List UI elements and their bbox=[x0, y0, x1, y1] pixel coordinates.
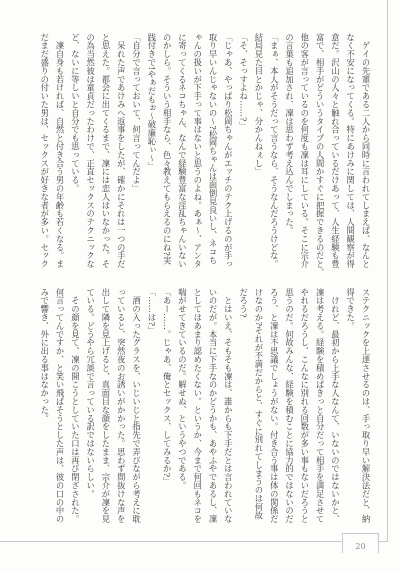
text-column: だろう? bbox=[235, 288, 250, 528]
text-block-top: ゲイの先輩である二人から同時に言われてしまえば、なんと なく不安になってくる。特… bbox=[33, 33, 373, 273]
text-column: の為当然彼は童貞だったわけで、正直セックスのテクニックな bbox=[82, 33, 97, 273]
text-column: なく不安になってくる。特にあけみに関しては、人間観察が得 bbox=[342, 33, 357, 273]
text-column: に寄ってくるネコちゃん、なんで経験豊富な淫乱ちゃんいない bbox=[174, 33, 189, 273]
text-column: 「そ、そっすよね……?」 bbox=[235, 33, 250, 273]
text-column: 結局見た目とかじゃ、分かんねぇし」 bbox=[251, 33, 266, 273]
text-column: 「……は?」 bbox=[144, 288, 159, 528]
text-column: ゲイの先輩である二人から同時に言われてしまえば、なんと bbox=[358, 33, 373, 273]
text-column: としてはあまり認めたくない。というか、今まで何回もネコを bbox=[189, 288, 204, 528]
text-column: だまだ盛りの付いた男は、セックスが好きな者が多い。セック bbox=[36, 33, 51, 273]
text-column: 「自分で言っておいて、何言ってんだよ」 bbox=[128, 33, 143, 273]
book-page: ゲイの先輩である二人から同時に言われてしまえば、なんと なく不安になってくる。特… bbox=[0, 0, 400, 571]
text-column: 践付きで!やぁだもぉ〜破廉恥ぃ〜」 bbox=[144, 33, 159, 273]
text-column: と思えた。都会に出てくるまで、凜には恋人はいなかった。そ bbox=[98, 33, 113, 273]
text-column: 「あー……。じゃあ、俺とセックス、してみるか?」 bbox=[159, 288, 174, 528]
page-number-tab: 20 bbox=[342, 533, 379, 553]
text-column: その顔を見て、凜の開こうとしていた口は再び閉ざされた。 bbox=[67, 288, 82, 528]
text-column: 思うのだ。何故みんな、経験を積むことに協力的ではないのだ bbox=[281, 288, 296, 528]
text-column: 凜は考える。経験を積めばきっと自分だって相手を満足させて bbox=[312, 288, 327, 528]
text-column: いのだが。本当に下手なのかどうかも、あやふやであるし、凜 bbox=[205, 288, 220, 528]
page-border-bottom bbox=[0, 541, 388, 542]
text-column: っていると、突然夜のお誘いがかかった。思わず間抜けな声を bbox=[113, 288, 128, 528]
text-column: とはいえ、そもそも凜は、誰からも下手だとは言われていな bbox=[220, 288, 235, 528]
text-column: の言葉も追加され、凜は思わず考え込んでしまった。 bbox=[281, 33, 296, 273]
text-column: 「まぁ、本人がそうだって言うなら、そうなんだろうけどな。 bbox=[266, 33, 281, 273]
text-column: ろう、と凜は不思議でしょうがない。付き合う事は体の関係だ bbox=[266, 288, 281, 528]
page-number: 20 bbox=[355, 543, 365, 551]
text-column: 得できた。 bbox=[342, 288, 357, 528]
text-column: 取り早いんじゃないの〜?松岡ちゃんは面倒見良いし、ネコち bbox=[205, 33, 220, 273]
text-column: 富で、相手がどういうタイプの人間かすぐに把握できるのだと、 bbox=[312, 33, 327, 273]
text-column: けなのか?それが不満だからと、すぐに別れてしまうのは何故 bbox=[251, 288, 266, 528]
text-column: ステクニックを上達させるのは、手っ取り早い解決法だと、納 bbox=[358, 288, 373, 528]
text-column: 何言ってんですか、と笑い飛ばそうとした声は、彼の口の中の bbox=[52, 288, 67, 528]
text-column: 喘がせてきているのだ。解せぬ、というやつである。 bbox=[174, 288, 189, 528]
text-column: やれるだろうし、こんなに別れる回数が多い事もないだろうと bbox=[297, 288, 312, 528]
text-column: みで響き、外に出る事はなかった。 bbox=[36, 288, 51, 528]
text-column: 出して隣を見上げると、真面目な顔をしたまま、宗介が凜を見 bbox=[98, 288, 113, 528]
text-column: ゃんの扱いが下手って事はないと思うのよね。あぁ〜、アンタ bbox=[189, 33, 204, 273]
text-column: 他の客が言っているのを何度も凜は耳にしている。そこに宗介 bbox=[297, 33, 312, 273]
page-border-right bbox=[387, 0, 388, 542]
text-column: 凜自身も若ければ、自然と付き合う男の年齢も若くなる。ま bbox=[52, 33, 67, 273]
text-column: 呆れた声であけみへ返事をしたが、確かにそれは一つの手だ bbox=[113, 33, 128, 273]
text-block-bottom: ステクニックを上達させるのは、手っ取り早い解決法だと、納 得できた。 けれど、最… bbox=[33, 288, 373, 528]
text-column: ている。どうやら冗談で言っている訳ではないらしい。 bbox=[82, 288, 97, 528]
text-column: 「じゃあ、やっぱり松岡ちゃんがエッチのテク上げるのが手っ bbox=[220, 33, 235, 273]
text-column: ど、ないに等しいと自分でも思っている。 bbox=[67, 33, 82, 273]
text-column: 意だ。沢山の人々と触れ合っているだけあって、人生経験も豊 bbox=[327, 33, 342, 273]
text-column: けれど、最初から上手な人なんて、いないのではないかと、 bbox=[327, 288, 342, 528]
text-column: 酒の入ったグラスを、いじいじと指先で弄びながら考えに耽 bbox=[128, 288, 143, 528]
text-column: のかしら。そういう相手なら、色々教えてもらえるのにね?実 bbox=[159, 33, 174, 273]
